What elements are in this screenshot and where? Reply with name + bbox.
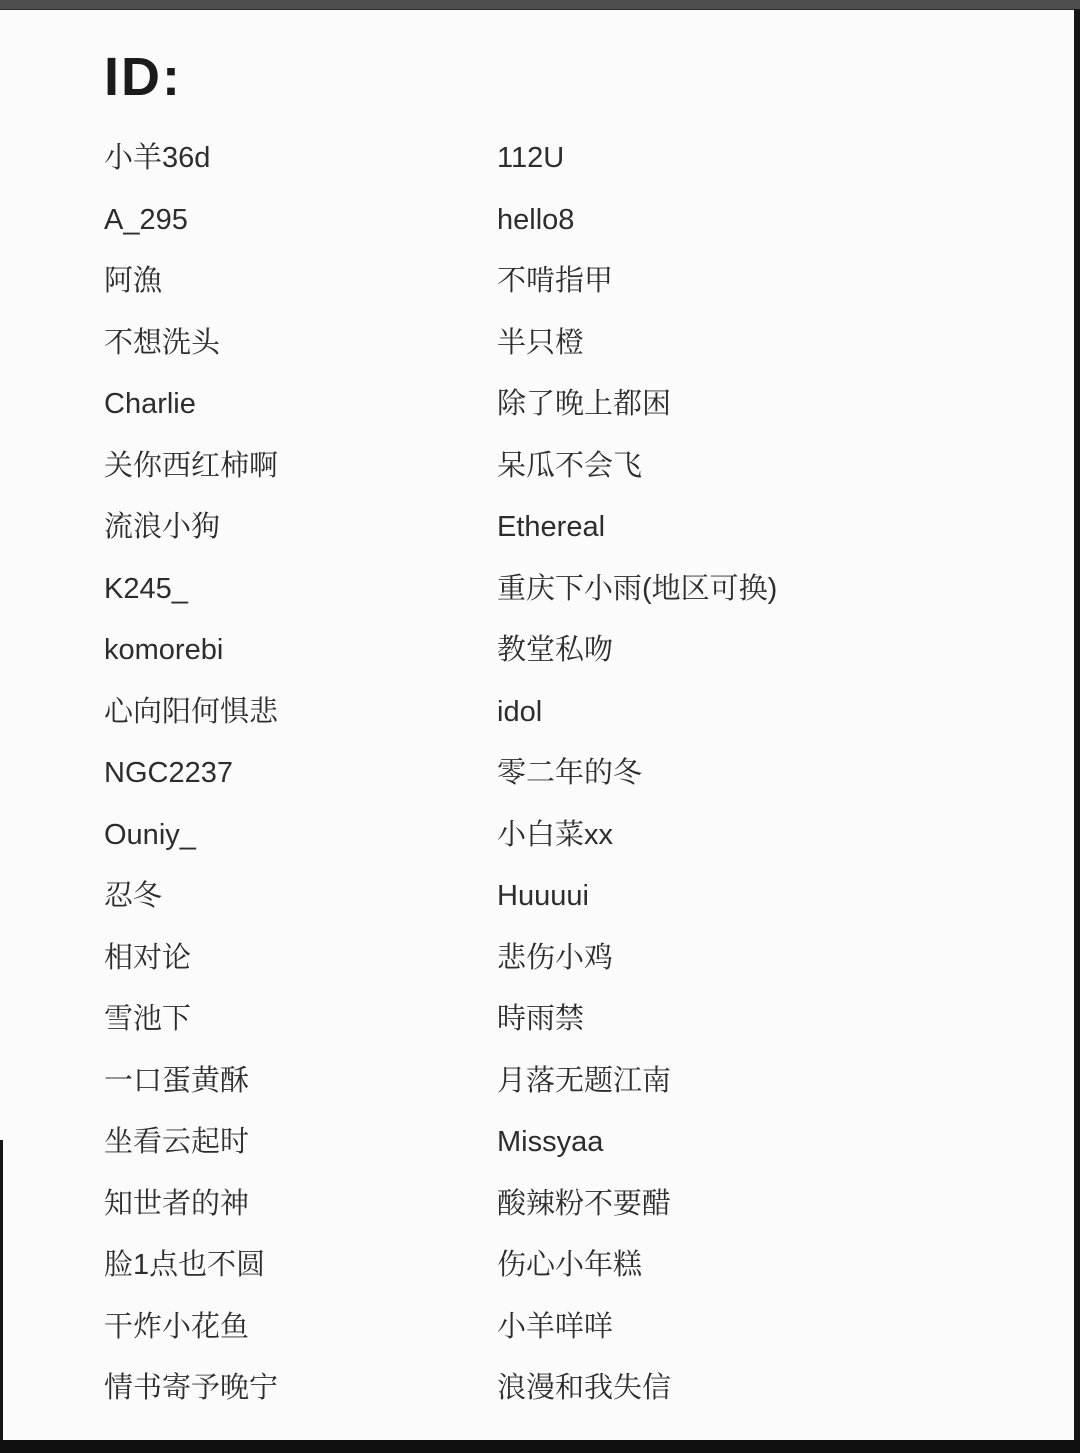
id-left-column-value: A_295 xyxy=(104,203,497,238)
id-right-column-value: 教堂私吻 xyxy=(497,633,1074,668)
id-right-column-value: 重庆下小雨(地区可换) xyxy=(497,572,1074,607)
id-list-row: 脸1点也不圆 伤心小年糕 xyxy=(104,1235,1074,1297)
id-list-row: 不想洗头 半只橙 xyxy=(104,313,1074,375)
id-left-column-value: 一口蛋黄酥 xyxy=(104,1064,497,1099)
id-left-column-value: Charlie xyxy=(104,387,497,422)
id-left-column-value: 相对论 xyxy=(104,941,497,976)
id-list-row: komorebi 教堂私吻 xyxy=(104,620,1074,682)
id-right-column-value: Missyaa xyxy=(497,1125,1074,1160)
photo-frame-top-bar xyxy=(0,0,1080,10)
id-right-column-value: 月落无题江南 xyxy=(497,1064,1074,1099)
id-left-column-value: 脸1点也不圆 xyxy=(104,1248,497,1283)
id-right-column-value: 時雨禁 xyxy=(497,1002,1074,1037)
id-list-row: 流浪小狗 Ethereal xyxy=(104,497,1074,559)
id-right-column-value: hello8 xyxy=(497,203,1074,238)
id-right-column-value: Ethereal xyxy=(497,510,1074,545)
id-list-row: Charlie 除了晚上都困 xyxy=(104,374,1074,436)
id-list-row: 忍冬 Huuuui xyxy=(104,866,1074,928)
id-left-column-value: 小羊36d xyxy=(104,141,497,176)
id-list-row: A_295 hello8 xyxy=(104,190,1074,252)
id-right-column-value: 呆瓜不会飞 xyxy=(497,449,1074,484)
id-right-column-value: idol xyxy=(497,695,1074,730)
id-left-column-value: K245_ xyxy=(104,572,497,607)
id-left-column-value: 雪池下 xyxy=(104,1002,497,1037)
photo-frame-right-edge xyxy=(1074,9,1080,1440)
id-list: 小羊36d 112U A_295 hello8 阿漁 不啃指甲 不想洗头 半只橙… xyxy=(104,128,1074,1420)
id-list-row: 一口蛋黄酥 月落无题江南 xyxy=(104,1051,1074,1113)
id-list-row: NGC2237 零二年的冬 xyxy=(104,743,1074,805)
id-list-row: 雪池下 時雨禁 xyxy=(104,989,1074,1051)
id-left-column-value: 知世者的神 xyxy=(104,1187,497,1222)
id-right-column-value: Huuuui xyxy=(497,879,1074,914)
id-right-column-value: 112U xyxy=(497,141,1074,176)
id-list-row: 情书寄予晚宁 浪漫和我失信 xyxy=(104,1358,1074,1420)
id-left-column-value: 坐看云起时 xyxy=(104,1125,497,1160)
id-left-column-value: 忍冬 xyxy=(104,879,497,914)
id-list-row: 知世者的神 酸辣粉不要醋 xyxy=(104,1174,1074,1236)
id-left-column-value: 阿漁 xyxy=(104,264,497,299)
id-left-column-value: 流浪小狗 xyxy=(104,510,497,545)
id-left-column-value: 不想洗头 xyxy=(104,326,497,361)
id-list-row: 关你西红柿啊 呆瓜不会飞 xyxy=(104,436,1074,498)
id-list-row: 小羊36d 112U xyxy=(104,128,1074,190)
id-list-row: 心向阳何惧悲 idol xyxy=(104,682,1074,744)
id-list-row: 干炸小花鱼 小羊咩咩 xyxy=(104,1297,1074,1359)
page-content: ID: 小羊36d 112U A_295 hello8 阿漁 不啃指甲 不想洗头… xyxy=(0,10,1074,1440)
id-right-column-value: 不啃指甲 xyxy=(497,264,1074,299)
id-right-column-value: 小白菜xx xyxy=(497,818,1074,853)
id-right-column-value: 浪漫和我失信 xyxy=(497,1371,1074,1406)
id-list-row: K245_ 重庆下小雨(地区可换) xyxy=(104,559,1074,621)
id-left-column-value: 关你西红柿啊 xyxy=(104,449,497,484)
id-left-column-value: 干炸小花鱼 xyxy=(104,1310,497,1345)
id-list-row: 阿漁 不啃指甲 xyxy=(104,251,1074,313)
id-left-column-value: 情书寄予晚宁 xyxy=(104,1371,497,1406)
page-title: ID: xyxy=(104,46,1074,108)
id-right-column-value: 小羊咩咩 xyxy=(497,1310,1074,1345)
id-left-column-value: 心向阳何惧悲 xyxy=(104,695,497,730)
id-left-column-value: Ouniy_ xyxy=(104,818,497,853)
id-right-column-value: 除了晚上都困 xyxy=(497,387,1074,422)
id-right-column-value: 伤心小年糕 xyxy=(497,1248,1074,1283)
id-right-column-value: 零二年的冬 xyxy=(497,756,1074,791)
id-left-column-value: NGC2237 xyxy=(104,756,497,791)
photo-frame-bottom-bar xyxy=(0,1440,1080,1453)
id-list-row: 坐看云起时 Missyaa xyxy=(104,1112,1074,1174)
id-left-column-value: komorebi xyxy=(104,633,497,668)
id-list-row: 相对论 悲伤小鸡 xyxy=(104,928,1074,990)
id-right-column-value: 悲伤小鸡 xyxy=(497,941,1074,976)
id-right-column-value: 半只橙 xyxy=(497,326,1074,361)
id-list-row: Ouniy_ 小白菜xx xyxy=(104,805,1074,867)
id-right-column-value: 酸辣粉不要醋 xyxy=(497,1187,1074,1222)
